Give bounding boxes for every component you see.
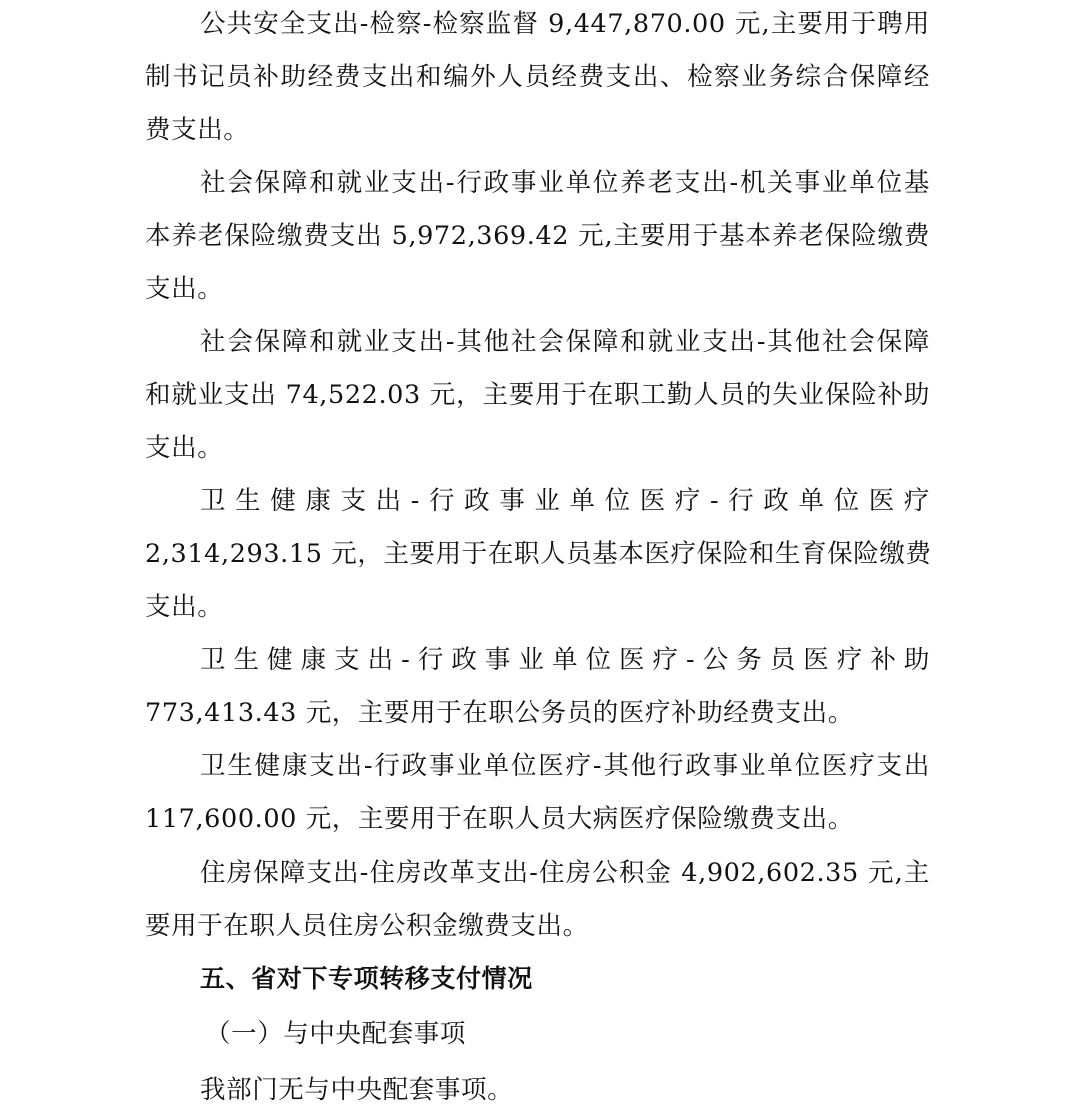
paragraph-pension-line-2: 本养老保险缴费支出 5,972,369.42 元,主要用于基本养老保险缴费 — [145, 216, 930, 256]
paragraph-admin-medical-line-2: 2,314,293.15 元，主要用于在职人员基本医疗保险和生育保险缴费 — [145, 534, 930, 574]
paragraph-public-security-line-2: 制书记员补助经费支出和编外人员经费支出、检察业务综合保障经 — [145, 57, 930, 97]
paragraph-public-security-line-1: 公共安全支出-检察-检察监督 9,447,870.00 元,主要用于聘用 — [200, 4, 930, 44]
paragraph-social-other-line-1: 社会保障和就业支出-其他社会保障和就业支出-其他社会保障 — [200, 322, 930, 362]
paragraph-public-security-line-3: 费支出。 — [145, 110, 930, 150]
paragraph-other-medical-line-1: 卫生健康支出-行政事业单位医疗-其他行政事业单位医疗支出 — [200, 746, 930, 786]
paragraph-social-other-line-2: 和就业支出 74,522.03 元，主要用于在职工勤人员的失业保险补助 — [145, 375, 930, 415]
paragraph-civil-servant-medical-line-1: 卫生健康支出-行政事业单位医疗-公务员医疗补助 — [200, 640, 930, 680]
paragraph-civil-servant-medical-line-2: 773,413.43 元，主要用于在职公务员的医疗补助经费支出。 — [145, 693, 930, 733]
section-heading: 五、省对下专项转移支付情况 — [200, 959, 985, 999]
document-page: 公共安全支出-检察-检察监督 9,447,870.00 元,主要用于聘用 制书记… — [0, 0, 1074, 1117]
paragraph-pension-line-3: 支出。 — [145, 269, 930, 309]
subsection-body: 我部门无与中央配套事项。 — [200, 1070, 930, 1110]
paragraph-social-other-line-3: 支出。 — [145, 428, 930, 468]
paragraph-admin-medical-line-1: 卫生健康支出-行政事业单位医疗-行政单位医疗 — [200, 481, 930, 521]
paragraph-pension-line-1: 社会保障和就业支出-行政事业单位养老支出-机关事业单位基 — [200, 163, 930, 203]
subsection-heading: （一）与中央配套事项 — [205, 1014, 990, 1054]
paragraph-admin-medical-line-3: 支出。 — [145, 587, 930, 627]
paragraph-housing-fund-line-2: 要用于在职人员住房公积金缴费支出。 — [145, 906, 930, 946]
paragraph-housing-fund-line-1: 住房保障支出-住房改革支出-住房公积金 4,902,602.35 元,主 — [200, 853, 930, 893]
paragraph-other-medical-line-2: 117,600.00 元，主要用于在职人员大病医疗保险缴费支出。 — [145, 799, 930, 839]
